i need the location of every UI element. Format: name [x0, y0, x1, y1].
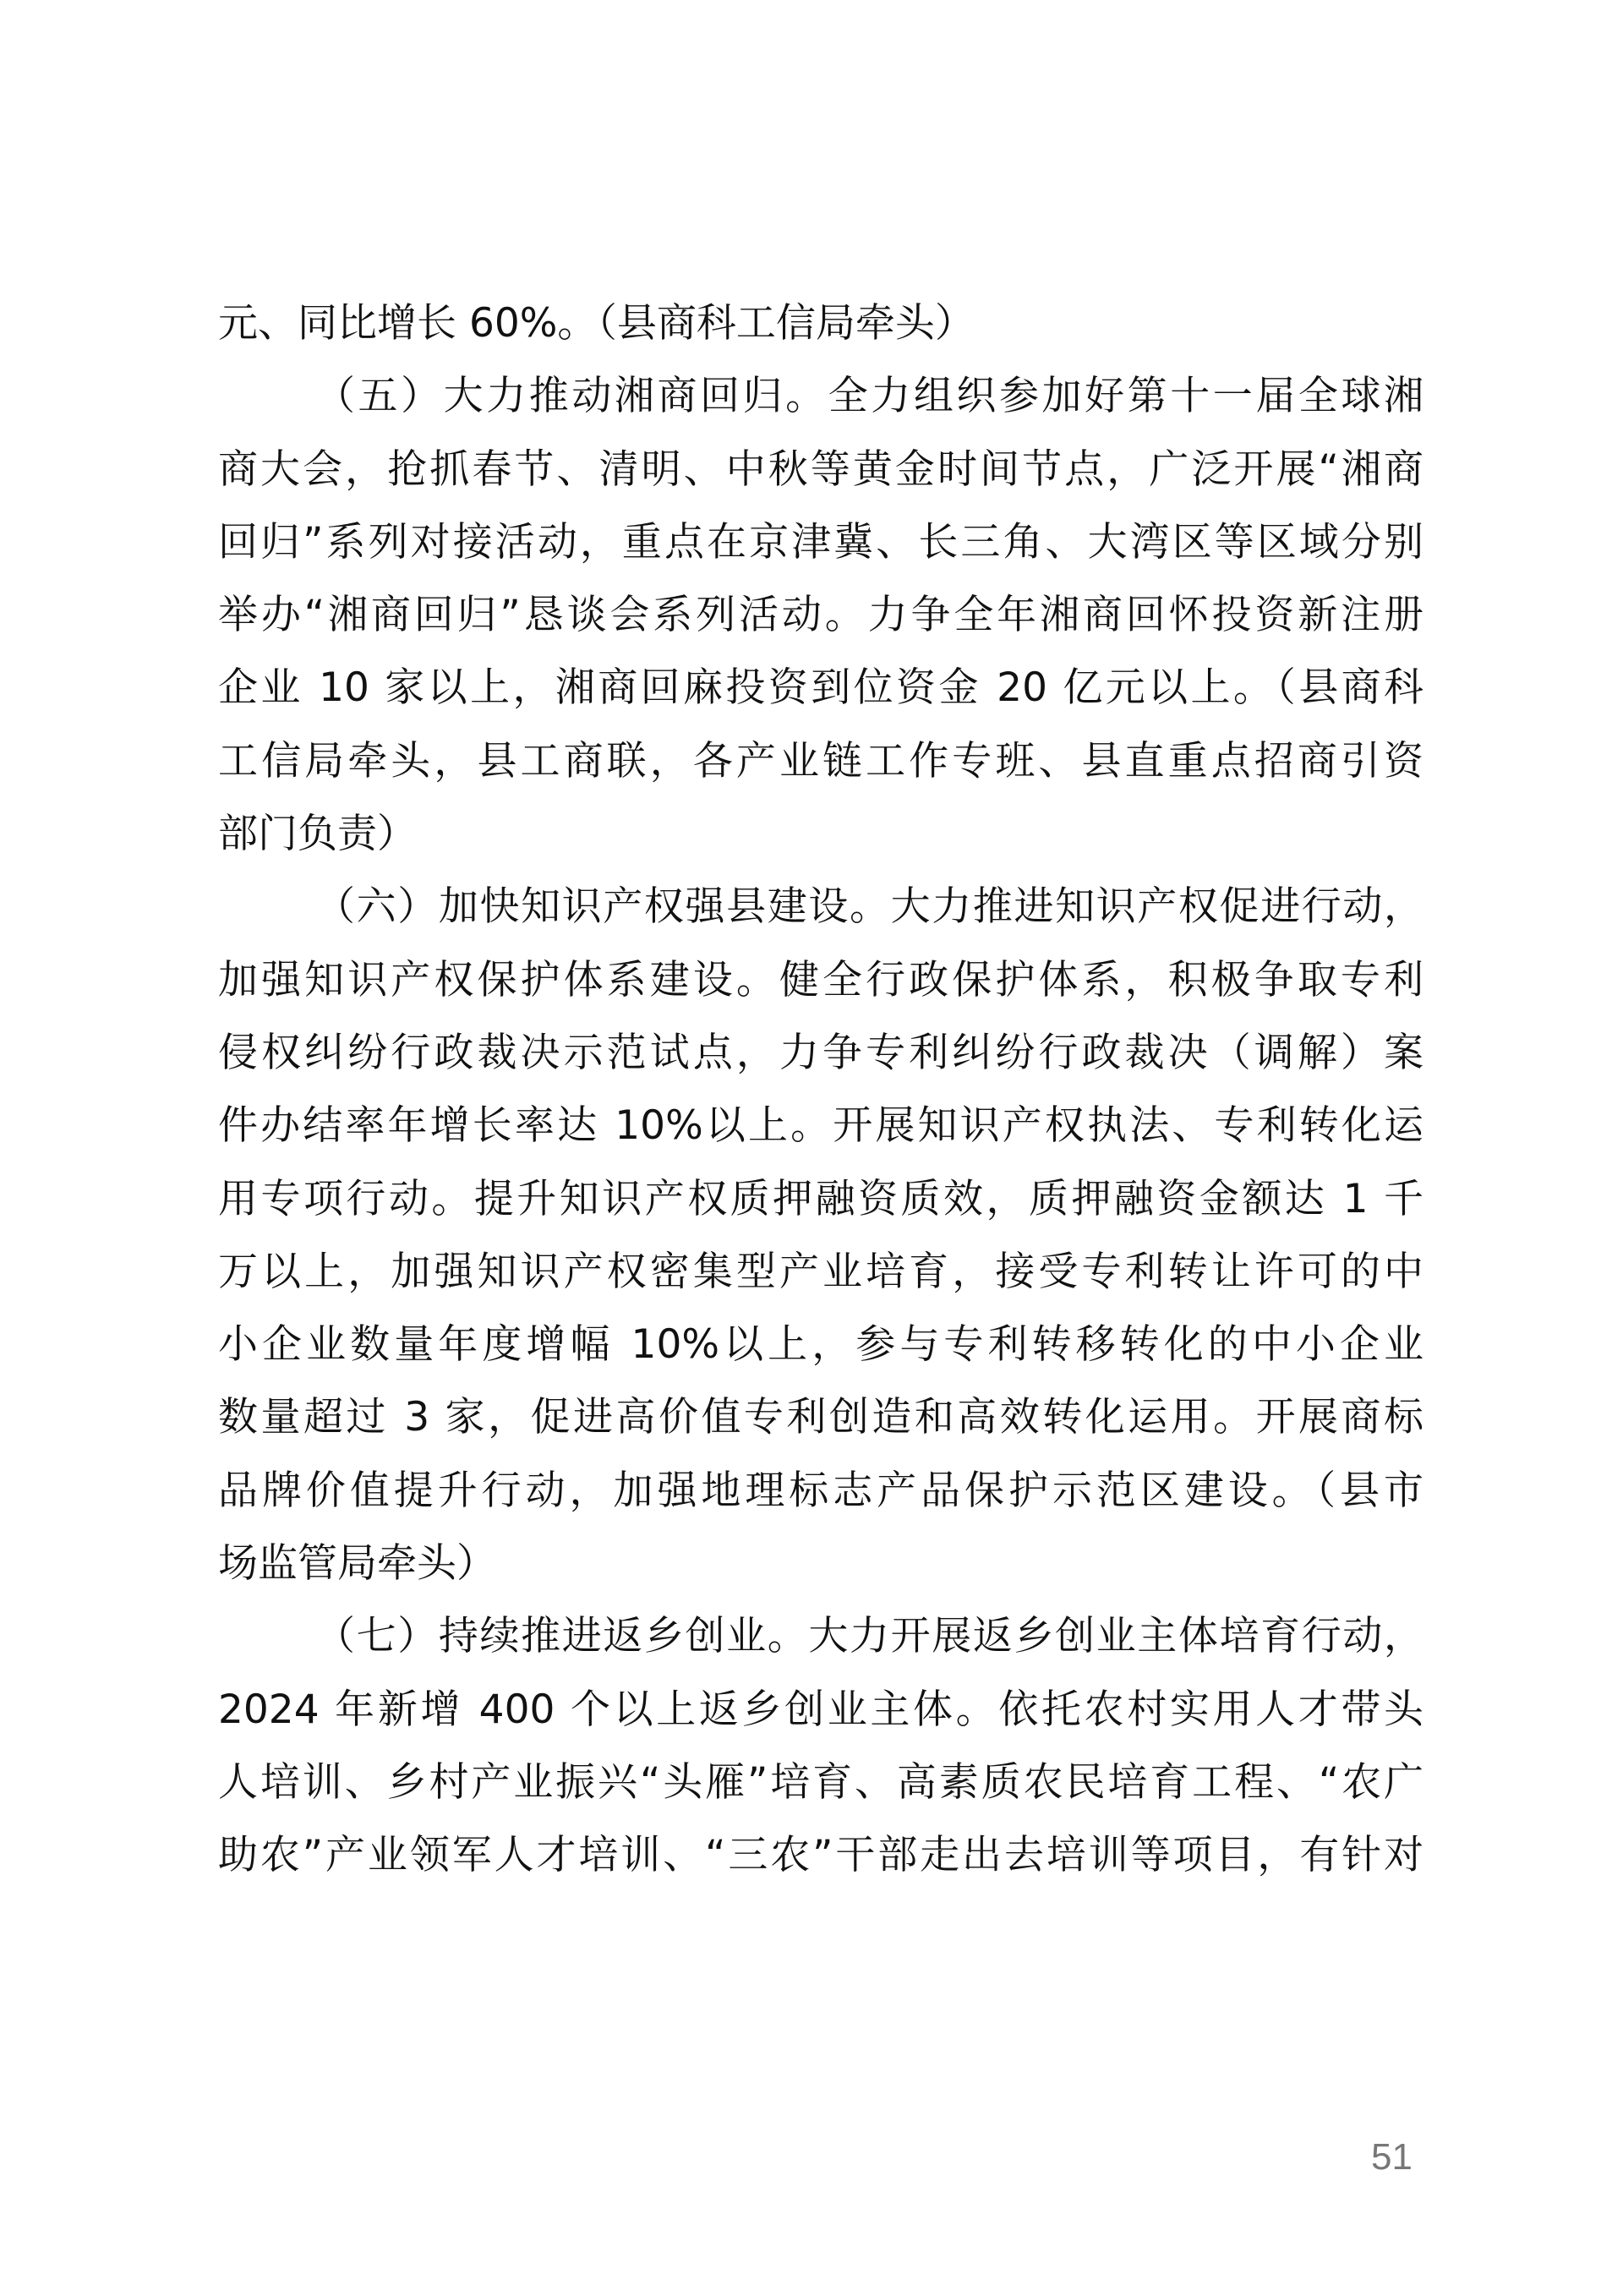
text-line: 元、同比增长 60%。（县商科工信局牵头）	[218, 287, 1424, 360]
document-body: 元、同比增长 60%。（县商科工信局牵头） （五）大力推动湘商回归。全力组织参加…	[218, 287, 1424, 1893]
paragraph-section-7: （七）持续推进返乡创业。大力开展返乡创业主体培育行动， 2024 年新增 400…	[218, 1600, 1424, 1892]
text-line: 企业 10 家以上，湘商回麻投资到位资金 20 亿元以上。（县商科	[218, 652, 1424, 724]
text-line: 小企业数量年度增幅 10%以上，参与专利转移转化的中小企业	[218, 1309, 1424, 1381]
text-line: 数量超过 3 家，促进高价值专利创造和高效转化运用。开展商标	[218, 1381, 1424, 1454]
page-number: 51	[1371, 2134, 1413, 2181]
document-page: 元、同比增长 60%。（县商科工信局牵头） （五）大力推动湘商回归。全力组织参加…	[0, 0, 1623, 2296]
paragraph-section-6: （六）加快知识产权强县建设。大力推进知识产权促进行动， 加强知识产权保护体系建设…	[218, 871, 1424, 1600]
section-heading-line: （六）加快知识产权强县建设。大力推进知识产权促进行动，	[218, 871, 1424, 943]
text-line: 部门负责）	[218, 798, 1424, 871]
paragraph-continuation: 元、同比增长 60%。（县商科工信局牵头）	[218, 287, 1424, 360]
text-line: 场监管局牵头）	[218, 1528, 1424, 1600]
text-line: 加强知识产权保护体系建设。健全行政保护体系，积极争取专利	[218, 944, 1424, 1017]
text-line: 商大会，抢抓春节、清明、中秋等黄金时间节点，广泛开展“湘商	[218, 434, 1424, 506]
text-line: 万以上，加强知识产权密集型产业培育，接受专利转让许可的中	[218, 1236, 1424, 1309]
text-line: 用专项行动。提升知识产权质押融资质效，质押融资金额达 1 千	[218, 1163, 1424, 1236]
section-heading-line: （五）大力推动湘商回归。全力组织参加好第十一届全球湘	[218, 360, 1424, 433]
text-line: 人培训、乡村产业振兴“头雁”培育、高素质农民培育工程、“农广	[218, 1747, 1424, 1819]
text-line: 品牌价值提升行动，加强地理标志产品保护示范区建设。（县市	[218, 1455, 1424, 1528]
text-line: 助农”产业领军人才培训、“三农”干部走出去培训等项目，有针对	[218, 1819, 1424, 1892]
text-line: 举办“湘商回归”恳谈会系列活动。力争全年湘商回怀投资新注册	[218, 579, 1424, 652]
text-line: 工信局牵头，县工商联，各产业链工作专班、县直重点招商引资	[218, 725, 1424, 798]
text-line: 件办结率年增长率达 10%以上。开展知识产权执法、专利转化运	[218, 1090, 1424, 1162]
text-line: 2024 年新增 400 个以上返乡创业主体。依托农村实用人才带头	[218, 1674, 1424, 1747]
text-line: 侵权纠纷行政裁决示范试点，力争专利纠纷行政裁决（调解）案	[218, 1017, 1424, 1090]
section-heading-line: （七）持续推进返乡创业。大力开展返乡创业主体培育行动，	[218, 1600, 1424, 1673]
paragraph-section-5: （五）大力推动湘商回归。全力组织参加好第十一届全球湘 商大会，抢抓春节、清明、中…	[218, 360, 1424, 871]
text-line: 回归”系列对接活动，重点在京津冀、长三角、大湾区等区域分别	[218, 506, 1424, 579]
